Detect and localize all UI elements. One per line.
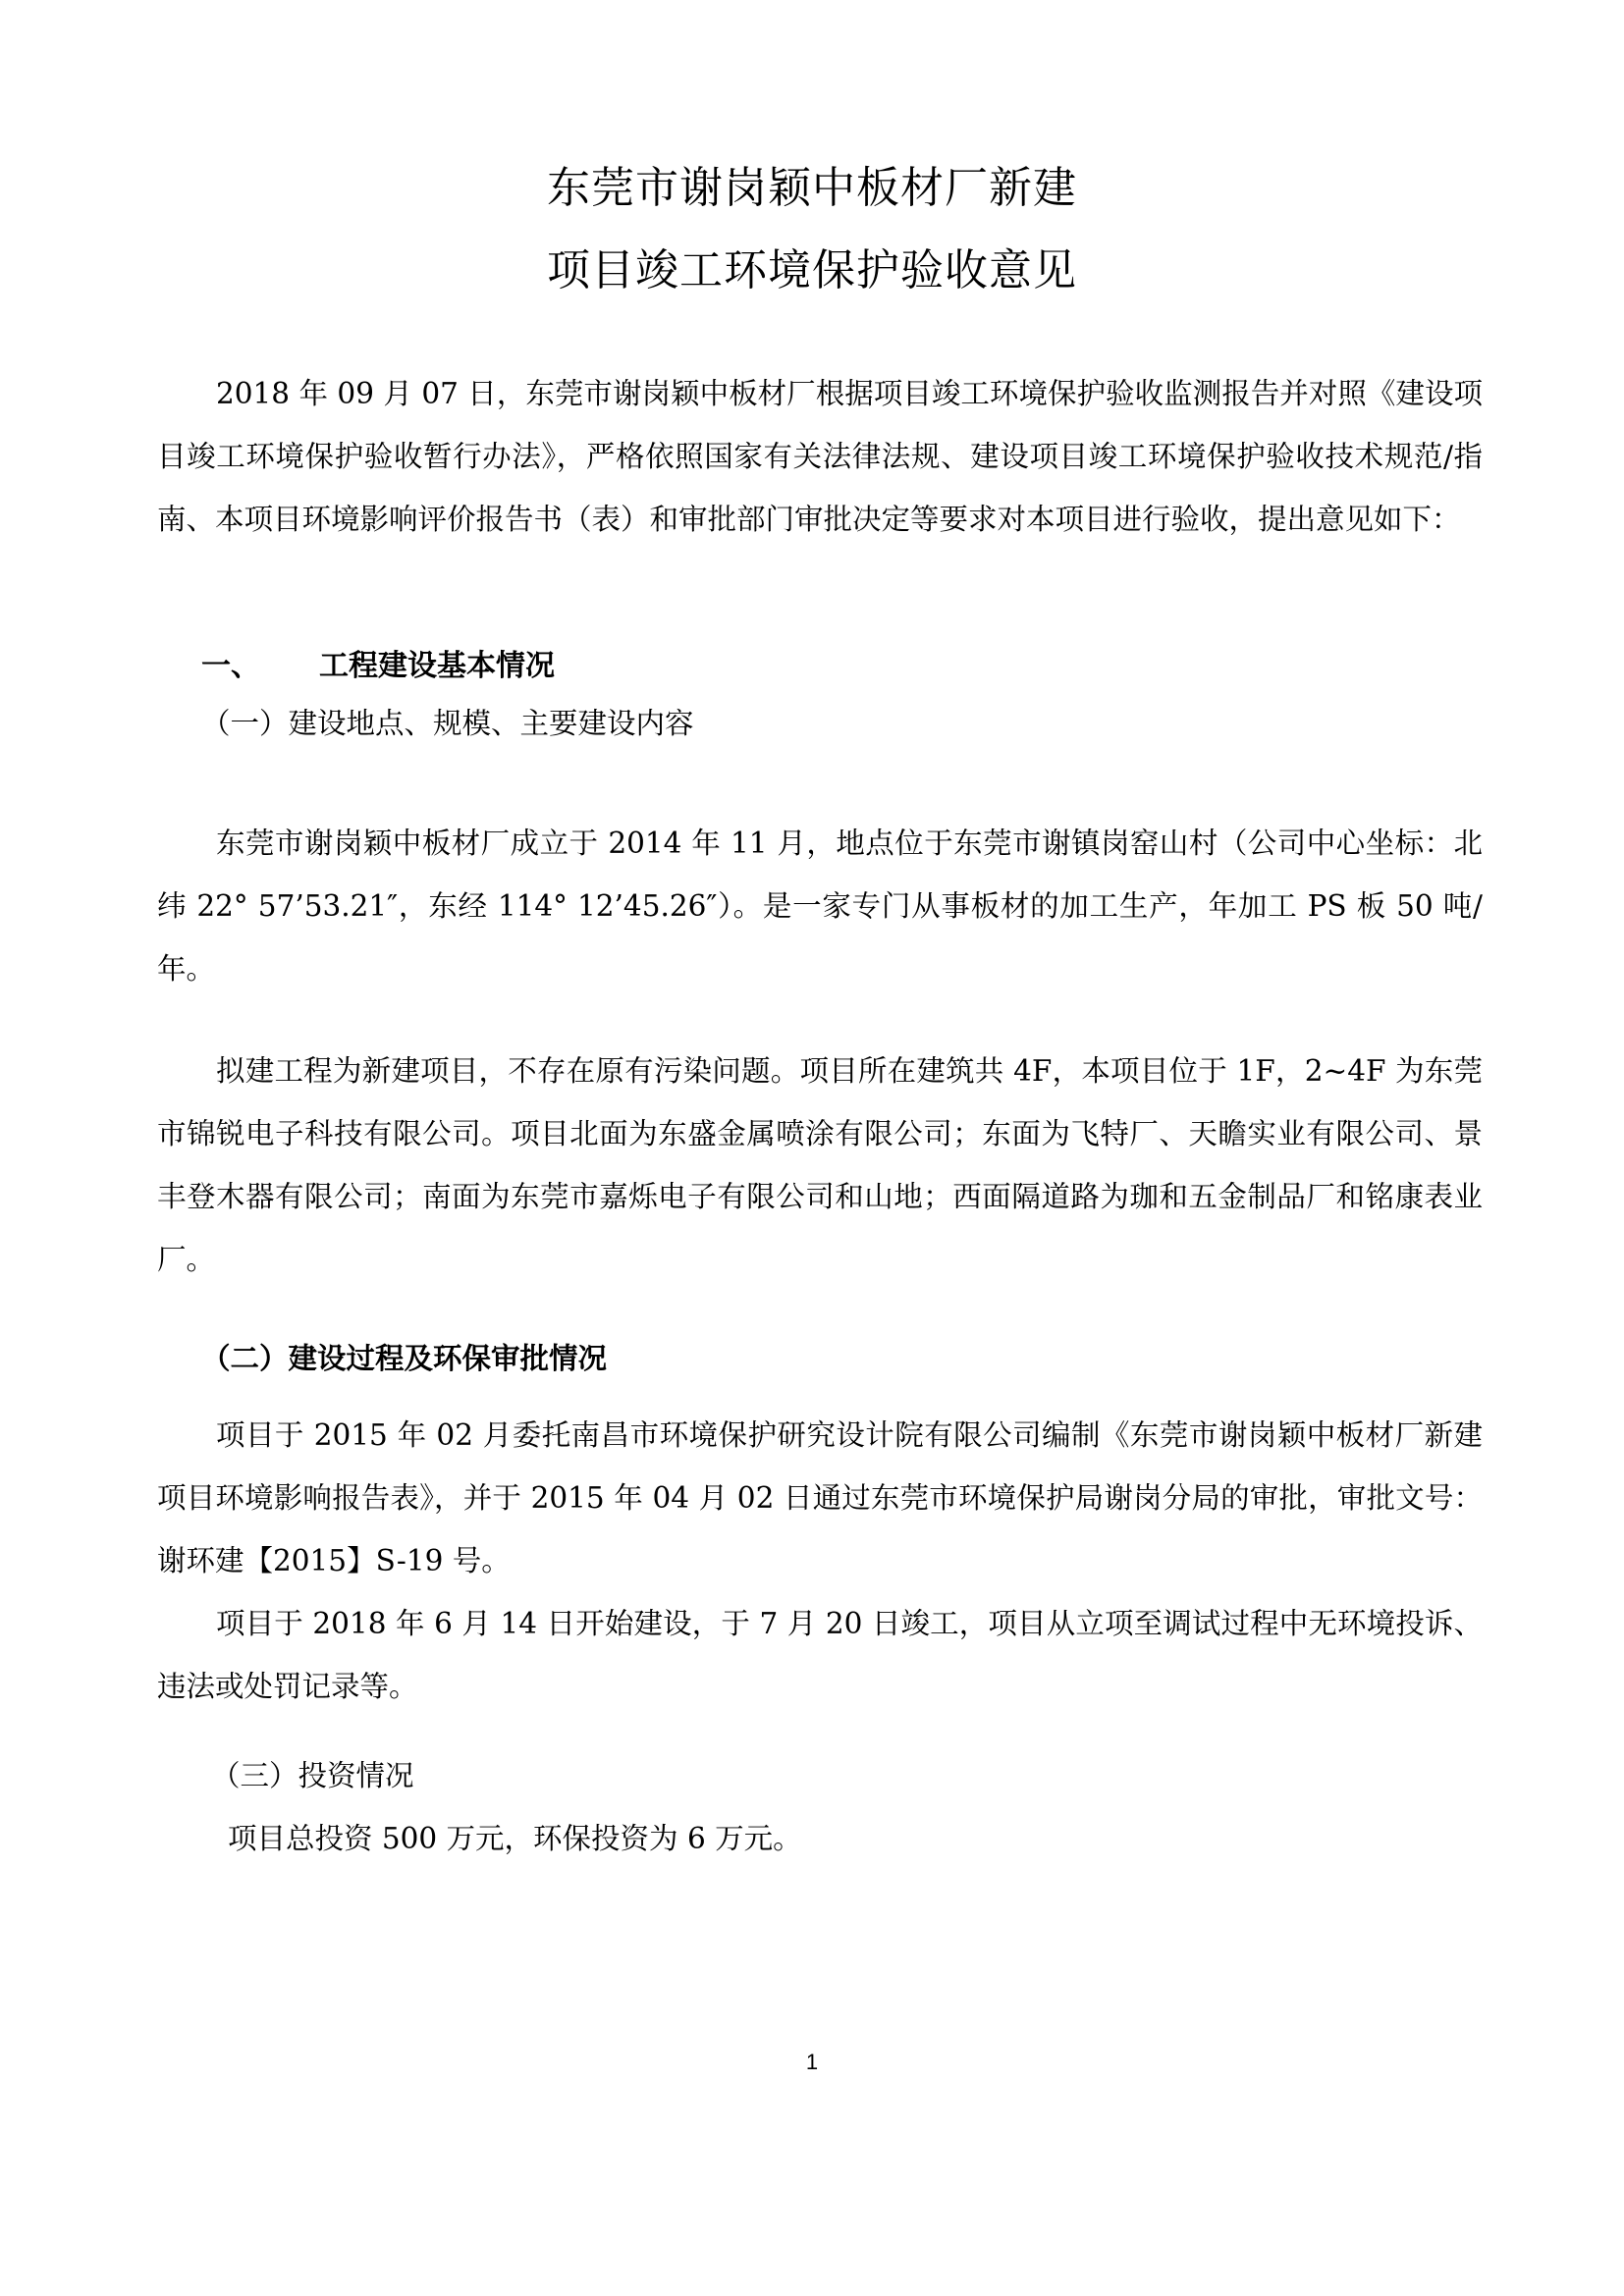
subsection-heading-2: （二）建设过程及环保审批情况 xyxy=(201,1339,607,1378)
document-page: 东莞市谢岗颖中板材厂新建 项目竣工环境保护验收意见 2018 年 09 月 07… xyxy=(0,0,1624,2296)
intro-block: 2018 年 09 月 07 日，东莞市谢岗颖中板材厂根据项目竣工环境保护验收监… xyxy=(157,362,1483,551)
location-paragraph: 东莞市谢岗颖中板材厂成立于 2014 年 11 月，地点位于东莞市谢镇岗窑山村（… xyxy=(157,812,1483,1000)
subsection-heading-3: （三）投资情况 xyxy=(211,1756,414,1795)
subsection1-para2-block: 拟建工程为新建项目，不存在原有污染问题。项目所在建筑共 4F，本项目位于 1F，… xyxy=(157,1040,1483,1291)
investment-paragraph: 项目总投资 500 万元，环保投资为 6 万元。 xyxy=(228,1819,802,1858)
subsection2-para1-block: 项目于 2015 年 02 月委托南昌市环境保护研究设计院有限公司编制《东莞市谢… xyxy=(157,1404,1483,1592)
construction-paragraph: 项目于 2018 年 6 月 14 日开始建设，于 7 月 20 日竣工，项目从… xyxy=(157,1592,1483,1718)
intro-paragraph: 2018 年 09 月 07 日，东莞市谢岗颖中板材厂根据项目竣工环境保护验收监… xyxy=(157,362,1483,551)
subsection1-para1-block: 东莞市谢岗颖中板材厂成立于 2014 年 11 月，地点位于东莞市谢镇岗窑山村（… xyxy=(157,812,1483,1000)
document-title-line2: 项目竣工环境保护验收意见 xyxy=(0,241,1624,300)
section-heading-1: 一、工程建设基本情况 xyxy=(201,647,555,686)
section-number: 一、 xyxy=(201,647,319,686)
approval-paragraph: 项目于 2015 年 02 月委托南昌市环境保护研究设计院有限公司编制《东莞市谢… xyxy=(157,1404,1483,1592)
section-title: 工程建设基本情况 xyxy=(319,649,555,683)
subsection2-para2-block: 项目于 2018 年 6 月 14 日开始建设，于 7 月 20 日竣工，项目从… xyxy=(157,1592,1483,1718)
subsection-heading-1: （一）建设地点、规模、主要建设内容 xyxy=(201,704,694,743)
surroundings-paragraph: 拟建工程为新建项目，不存在原有污染问题。项目所在建筑共 4F，本项目位于 1F，… xyxy=(157,1040,1483,1291)
document-title-line1: 东莞市谢岗颖中板材厂新建 xyxy=(0,159,1624,218)
page-number: 1 xyxy=(0,2050,1624,2075)
